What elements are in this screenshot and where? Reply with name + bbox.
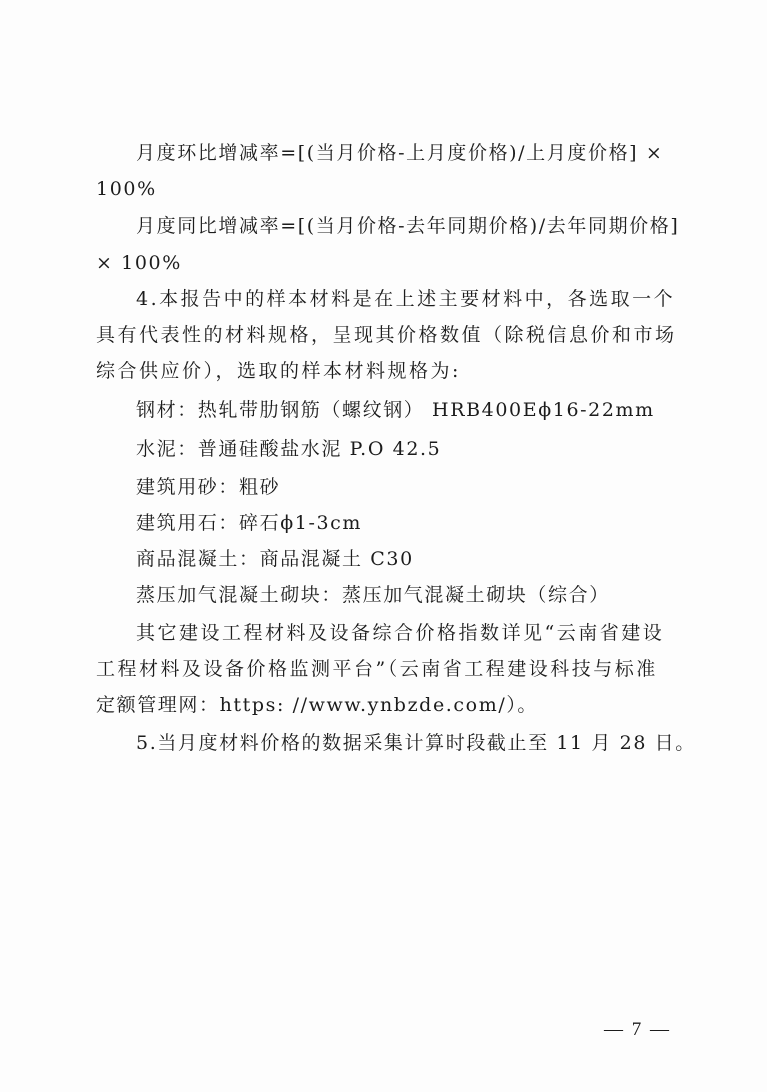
paragraph-other-line-3: 定额管理网：https: //www.ynbzde.com/）。 <box>96 693 538 717</box>
formula-mom-line: 月度环比增减率=[(当月价格-上月度价格)/上月度价格] × <box>136 141 663 165</box>
formula-yoy-continuation: × 100% <box>96 251 182 275</box>
paragraph-other-line-2: 工程材料及设备价格监测平台”（云南省工程建设科技与标准 <box>96 657 658 681</box>
paragraph-4-line-3: 综合供应价），选取的样本材料规格为: <box>96 359 461 383</box>
sample-concrete: 商品混凝土：商品混凝土 C30 <box>136 547 414 571</box>
sample-cement: 水泥：普通硅酸盐水泥 P.O 42.5 <box>136 437 441 461</box>
paragraph-5: 5.当月度材料价格的数据采集计算时段截止至 11 月 28 日。 <box>136 731 696 755</box>
sample-steel: 钢材：热轧带肋钢筋（螺纹钢） HRB400Eϕ16-22mm <box>136 398 655 422</box>
document-page: 月度环比增减率=[(当月价格-上月度价格)/上月度价格] × 100% 月度同比… <box>0 0 767 1092</box>
paragraph-4-line-2: 具有代表性的材料规格，呈现其价格数值（除税信息价和市场 <box>96 323 677 347</box>
sample-stone: 建筑用石：碎石ϕ1-3cm <box>136 511 362 535</box>
paragraph-other-line-1: 其它建设工程材料及设备综合价格指数详见“云南省建设 <box>136 621 664 645</box>
sample-sand: 建筑用砂：粗砂 <box>136 475 280 499</box>
formula-mom-continuation: 100% <box>96 177 157 201</box>
sample-aac-block: 蒸压加气混凝土砌块：蒸压加气混凝土砌块（综合） <box>136 583 610 607</box>
formula-yoy-line: 月度同比增减率=[(当月价格-去年同期价格)/去年同期价格] <box>136 214 679 238</box>
paragraph-4-line-1: 4.本报告中的样本材料是在上述主要材料中，各选取一个 <box>136 287 675 311</box>
page-number: — 7 — <box>604 1019 671 1041</box>
